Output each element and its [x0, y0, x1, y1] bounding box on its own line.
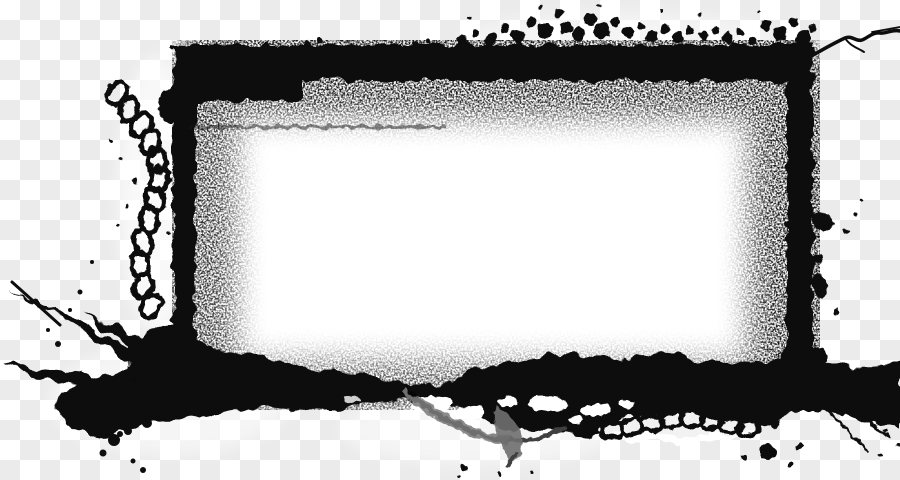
grunge-frame-artwork: [0, 0, 900, 480]
chain-anchor-blob: [158, 89, 186, 123]
frame-border-top-left-block: [178, 46, 303, 101]
branch-crack-top-right: [808, 27, 900, 58]
image-canvas: [0, 0, 900, 480]
